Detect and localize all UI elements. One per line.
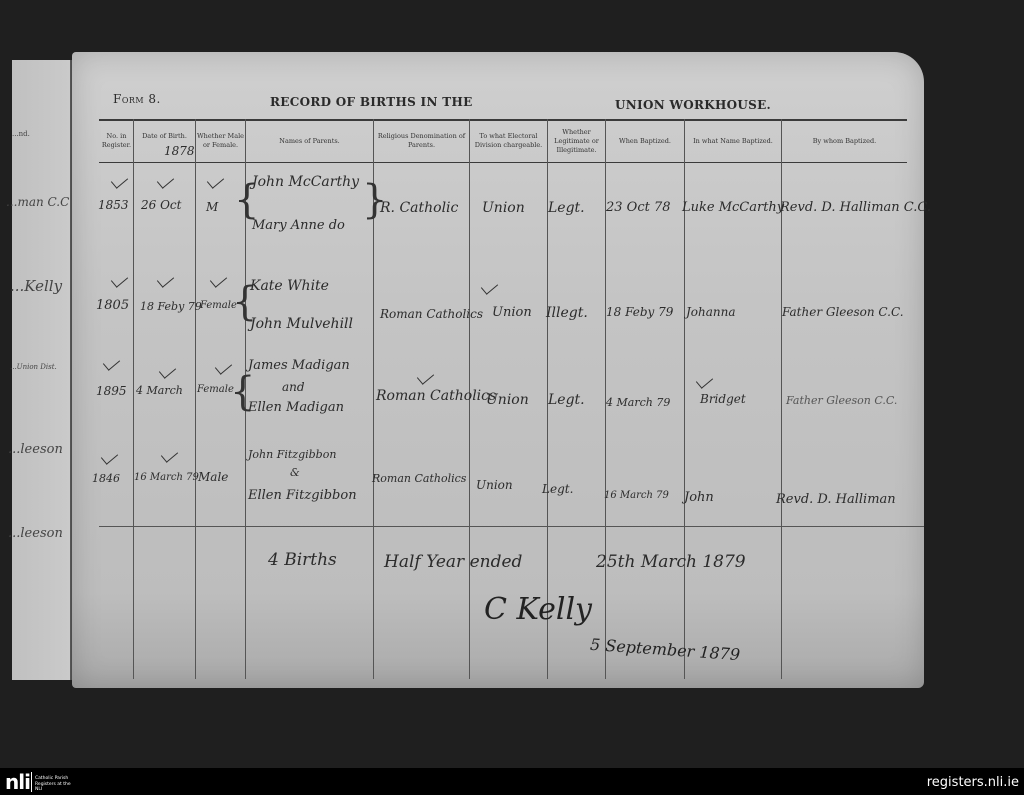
register-no: 1895 [96, 384, 127, 398]
electoral-division: Union [476, 478, 513, 492]
column-header-legitimacy: Whether Legitimate or Illegitimate. [548, 122, 605, 160]
column-header-religion: Religious Denomination of Parents. [374, 122, 469, 160]
baptized-by: Father Gleeson C.C. [786, 394, 897, 407]
electoral-division: Union [486, 392, 529, 408]
mother-name: Ellen Fitzgibbon [248, 488, 357, 503]
mother-name: Ellen Madigan [248, 400, 344, 415]
baptism-date: 16 March 79 [604, 490, 669, 501]
legitimacy: Legt. [548, 392, 585, 408]
baptismal-name: Johanna [686, 305, 736, 319]
page-title-suffix: UNION WORKHOUSE. [615, 98, 771, 112]
baptismal-name: Bridget [700, 392, 746, 406]
baptismal-name: John [684, 490, 714, 505]
footer-bar [0, 768, 1024, 795]
header-rule-top [99, 119, 907, 121]
baptism-date: 4 March 79 [606, 396, 670, 409]
baptismal-name: Luke McCarthy [682, 200, 784, 215]
column-header-sex: Whether Male or Female. [196, 122, 245, 160]
sex: Female [197, 384, 234, 395]
column-header-baptized-by: By whom Baptized. [782, 122, 907, 160]
father-name: Kate White [250, 278, 329, 294]
page-title: RECORD OF BIRTHS IN THE [270, 95, 473, 109]
date-of-birth: 26 Oct [141, 198, 181, 212]
signature: C Kelly [484, 592, 592, 627]
logo-divider [31, 772, 32, 792]
left-page-fragment: ...leeson [8, 526, 63, 541]
column-divider [133, 119, 134, 679]
image-viewer[interactable]: ...nd. ...man C.C. ...Kelly ...Union Dis… [0, 0, 1024, 768]
parents-conjunction: & [290, 466, 300, 479]
column-header-register-no: No. in Register. [100, 122, 133, 160]
electoral-division: Union [492, 305, 532, 320]
header-rule-bottom [99, 162, 907, 163]
left-page-fragment: ...Union Dist. [10, 363, 57, 371]
parents-conjunction: and [282, 380, 305, 394]
left-page-fragment: ...man C.C. [6, 195, 73, 209]
sex: M [206, 200, 218, 214]
left-page-fragment: ...leeson [8, 442, 63, 457]
nli-tagline: Catholic Parish Registers at the NLI [35, 776, 75, 793]
table-bottom-rule [99, 526, 924, 527]
legitimacy: Legt. [548, 200, 585, 216]
baptized-by: Revd. D. Halliman [776, 492, 896, 507]
nli-logo[interactable]: nli [5, 771, 30, 793]
baptized-by: Father Gleeson C.C. [782, 305, 904, 319]
mother-name: Mary Anne do [252, 218, 345, 233]
electoral-division: Union [482, 200, 525, 216]
father-name: John Fitzgibbon [248, 448, 336, 461]
register-no: 1805 [96, 298, 129, 313]
register-no: 1846 [92, 472, 120, 485]
register-no: 1853 [98, 198, 129, 212]
father-name: James Madigan [248, 358, 350, 373]
column-header-electoral-division: To what Electoral Division chargeable. [470, 122, 547, 160]
births-count: 4 Births [268, 550, 337, 570]
baptism-date: 23 Oct 78 [606, 200, 671, 215]
left-page-edge: ...nd. ...man C.C. ...Kelly ...Union Dis… [12, 60, 76, 680]
left-page-fragment: ...nd. [12, 130, 30, 138]
column-header-parents: Names of Parents. [246, 122, 373, 160]
site-link[interactable]: registers.nli.ie [927, 775, 1019, 790]
date-of-birth: 4 March [136, 384, 183, 397]
legitimacy: Legt. [542, 482, 573, 496]
mother-name: John Mulvehill [250, 316, 353, 332]
left-page-fragment: ...Kelly [10, 277, 62, 295]
religion: Roman Catholics [372, 472, 466, 485]
father-name: John McCarthy [252, 174, 359, 190]
baptized-by: Revd. D. Halliman C.C. [780, 200, 931, 215]
summary-period: Half Year ended [384, 552, 522, 572]
religion: Roman Catholics [376, 388, 496, 404]
form-number: Form 8. [113, 92, 161, 106]
religion: Roman Catholics [380, 307, 483, 321]
column-divider [195, 119, 196, 679]
date-of-birth: 16 March 79 [134, 472, 199, 483]
religion: R. Catholic [380, 200, 458, 216]
date-of-birth: 18 Feby 79 [140, 300, 202, 313]
legitimacy: Illegt. [546, 305, 588, 321]
column-header-when-baptized: When Baptized. [606, 122, 684, 160]
baptism-date: 18 Feby 79 [606, 305, 673, 319]
summary-date: 25th March 1879 [596, 552, 746, 572]
sex: Male [198, 470, 228, 484]
year-header: 1878 [164, 144, 195, 158]
column-header-baptized-name: In what Name Baptized. [685, 122, 781, 160]
